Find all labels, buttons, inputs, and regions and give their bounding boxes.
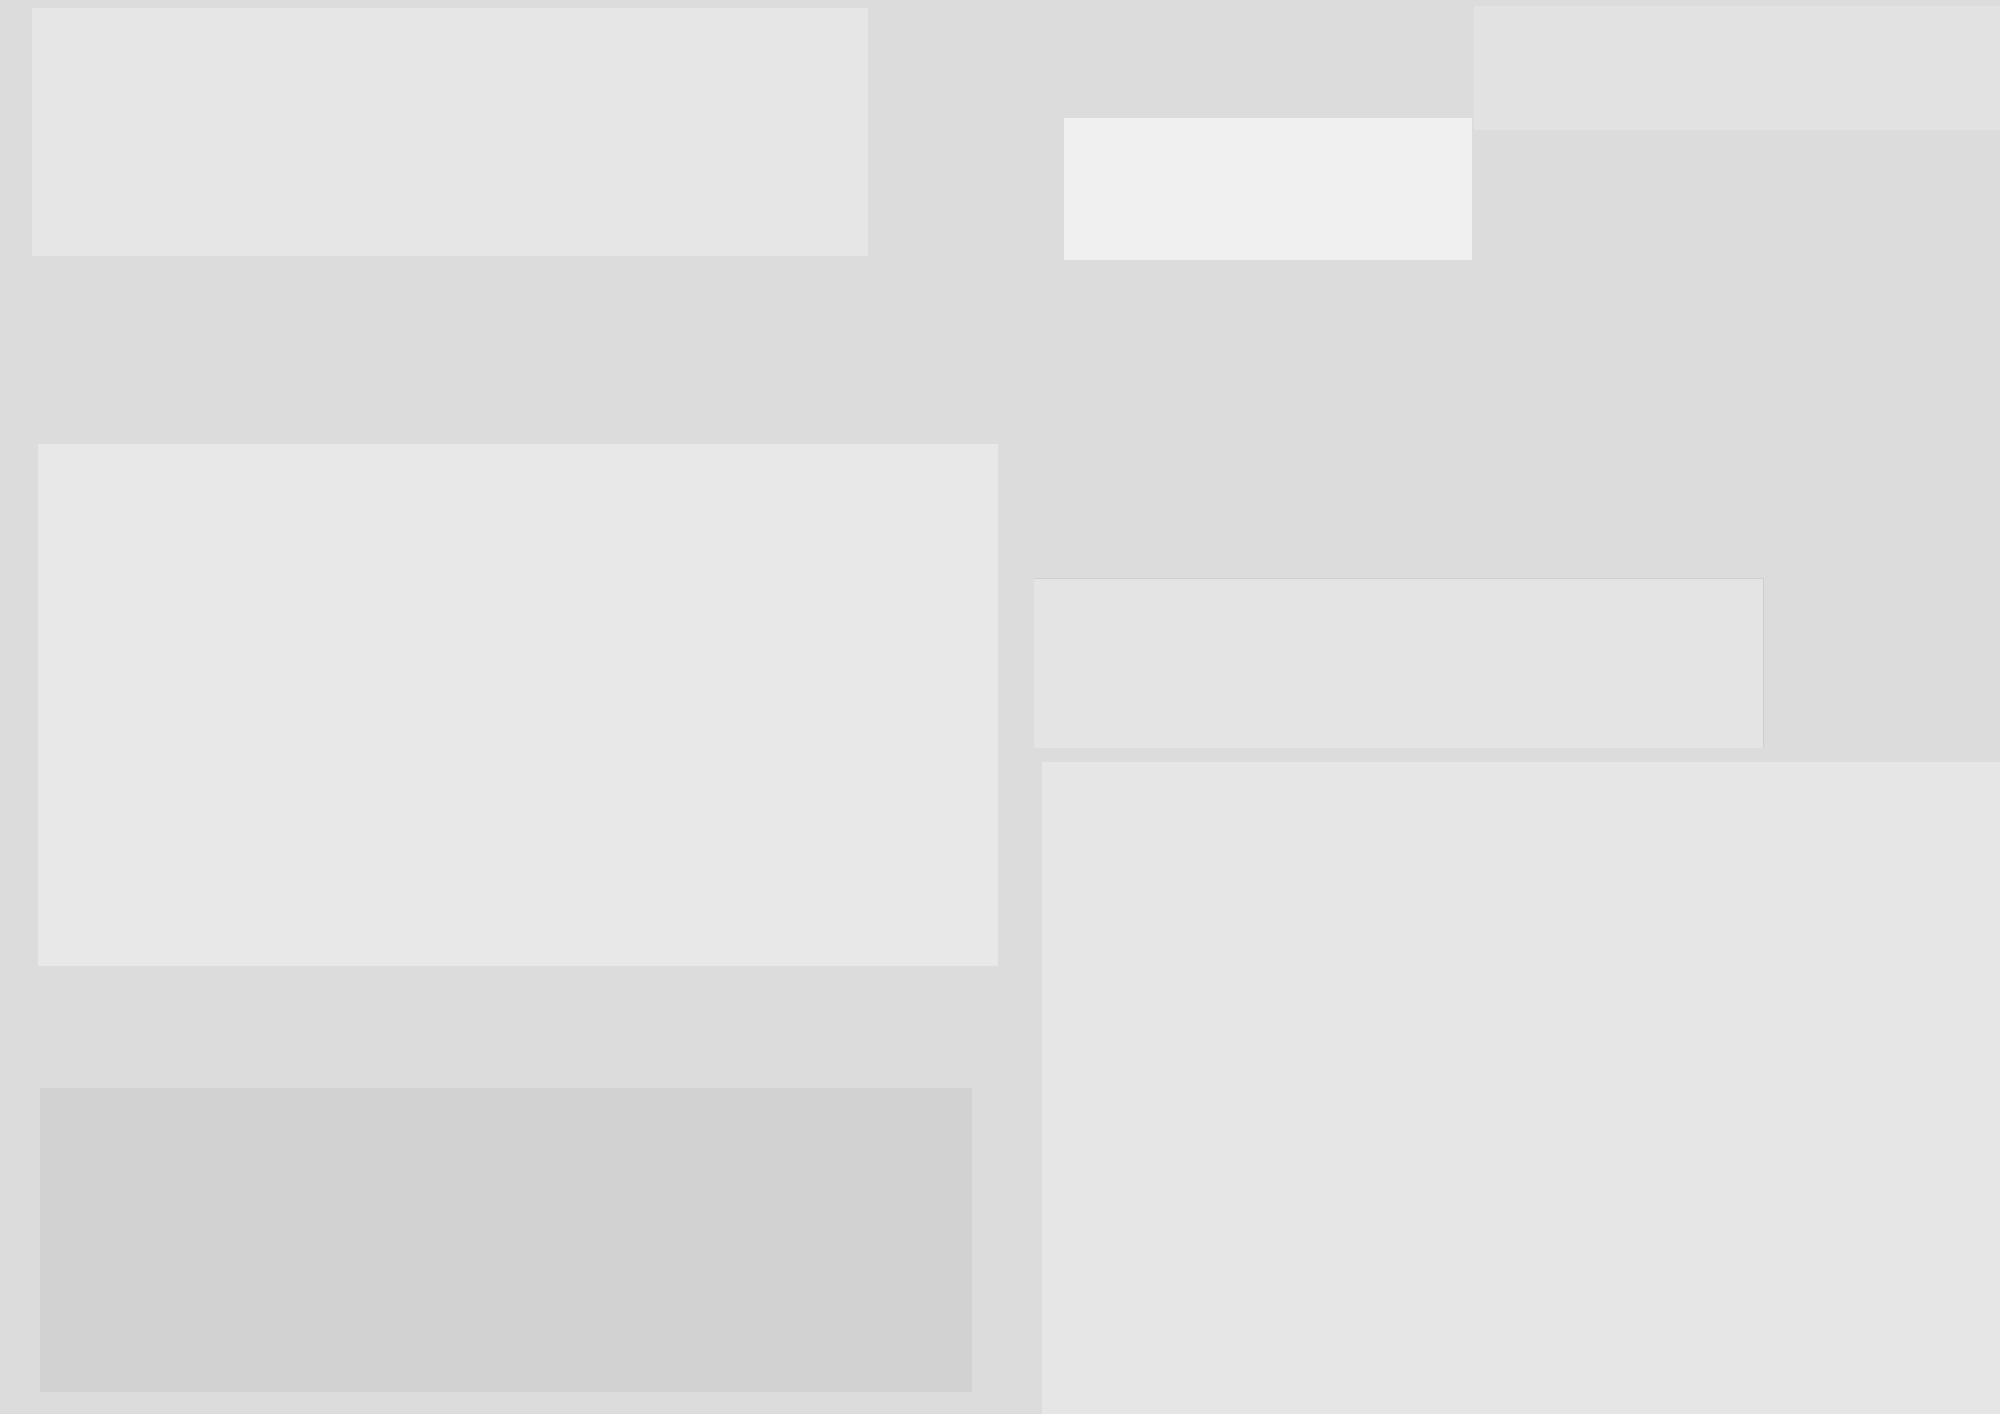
card-taufbuch-baumhardt [1042, 762, 2000, 1414]
card-totenbuch-fo311 [32, 8, 868, 256]
card-totenbuch-fo81 [1040, 386, 1800, 576]
card-totenbuch-fo231 [1034, 578, 1764, 748]
card-totenbuch-kinder [38, 444, 998, 966]
card-taufbuch-first [40, 1088, 972, 1392]
card-trauungsbuch-fo129 [1064, 118, 1472, 260]
card-taufbuch-graff [1474, 6, 2000, 130]
